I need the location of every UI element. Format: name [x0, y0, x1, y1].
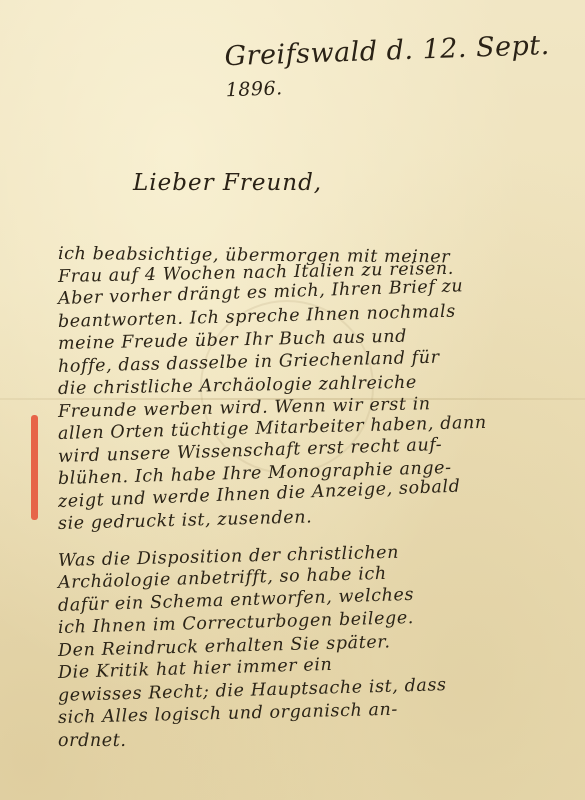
letter-year: 1896.: [225, 77, 283, 101]
letter-body: ich beabsichtige, übermorgen mit meiner …: [58, 243, 578, 752]
red-margin-mark: [31, 415, 38, 520]
letter-place-date: Greifswald d. 12. Sept. 1896.: [224, 29, 585, 104]
letter-salutation: Lieber Freund,: [133, 170, 322, 196]
place-date-text: Greifswald d. 12. Sept.: [224, 30, 550, 72]
body-line: ordnet.: [58, 730, 578, 753]
letter-page: Greifswald d. 12. Sept. 1896. Lieber Fre…: [0, 0, 585, 800]
